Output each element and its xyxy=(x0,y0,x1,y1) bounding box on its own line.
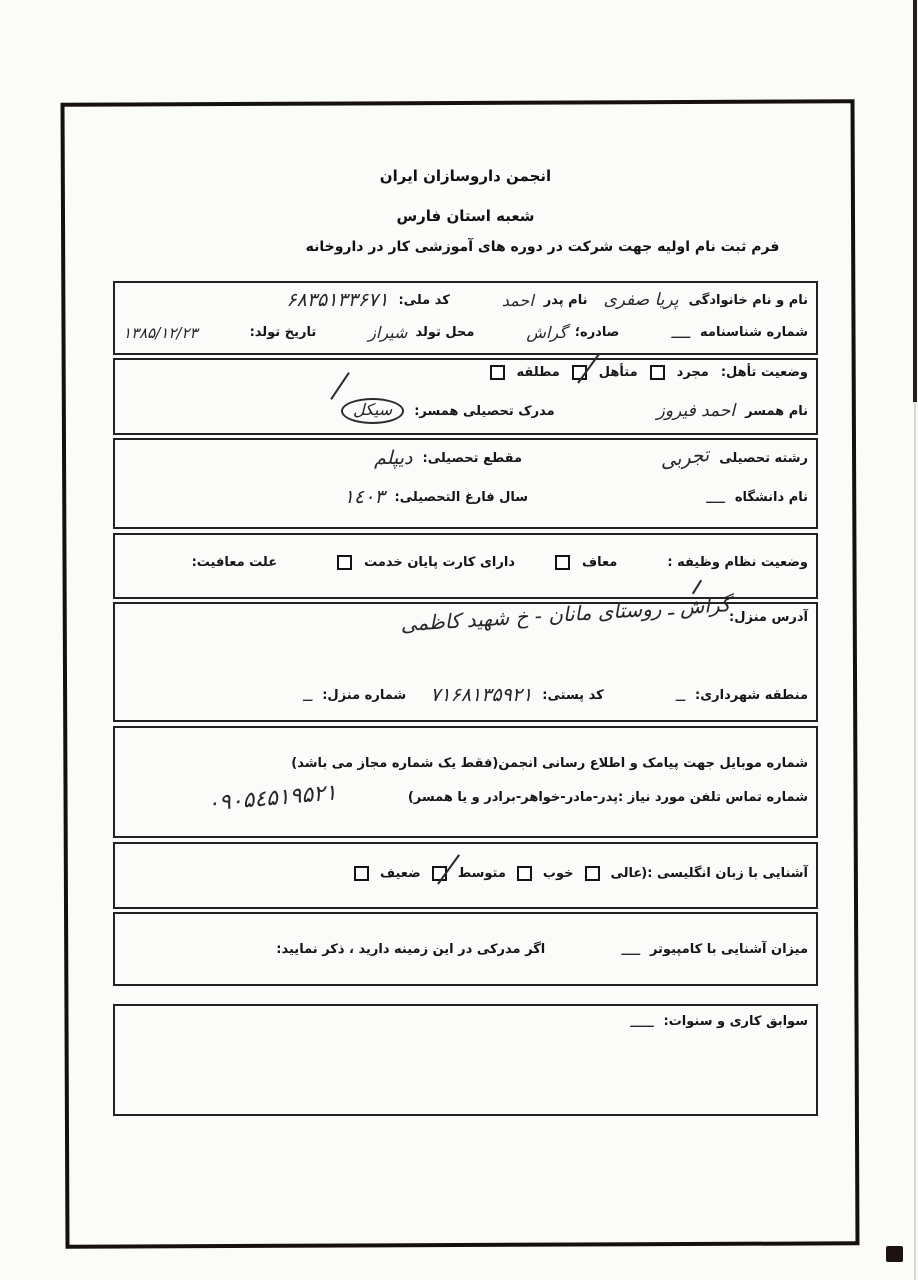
birthdate-handwritten-value: ۱۳۸۵/۱۲/۲۳ xyxy=(123,324,198,342)
checkbox-medium xyxy=(432,866,447,881)
contact-box: شماره موبایل جهت پیامک و اطلاع رسانی انج… xyxy=(113,726,818,838)
scan-corner-mark xyxy=(886,1246,903,1262)
org-title: انجمن داروسازان ایران xyxy=(113,167,818,185)
education-box: رشته تحصیلی تجربی مقطع تحصیلی: دیپلم نام… xyxy=(113,438,818,529)
district-handwritten-dash: ــ xyxy=(676,686,685,705)
home-address-label: آدرس منزل: xyxy=(729,610,808,625)
computer-certificate-label: اگر مدرکی در این زمینه دارید ، ذکر نمایی… xyxy=(276,942,545,957)
exemption-reason-label: علت معافیت: xyxy=(192,555,278,570)
military-option-card-label: دارای کارت پایان خدمت xyxy=(364,555,515,570)
father-name-label: نام پدر xyxy=(544,293,588,308)
certificate-no-handwritten-dash: ــــ xyxy=(671,323,690,342)
military-box: وضعیت نظام وظیفه : معاف دارای کارت پایان… xyxy=(113,533,818,599)
scanned-form-page: انجمن داروسازان ایران شعبه استان فارس فر… xyxy=(0,0,918,1280)
national-id-label: کد ملی: xyxy=(398,293,449,308)
national-id-handwritten-value: ۶۸۳۵۱۳۳۶۷۱ xyxy=(286,289,388,311)
marital-option-single-label: مجرد xyxy=(677,365,709,380)
checkbox-excellent xyxy=(585,866,600,881)
checkbox-service-card xyxy=(337,555,352,570)
father-name-handwritten-value: احمد xyxy=(502,291,534,310)
marital-option-divorced-label: مطلقه xyxy=(517,365,560,380)
scan-edge-artifact-bottom xyxy=(914,402,916,1280)
phone-label: شماره تماس تلفن مورد نیاز :پدر-مادر-خواه… xyxy=(408,790,808,805)
experience-handwritten-dash: ـــــ xyxy=(630,1012,653,1031)
certificate-no-group: شماره شناسنامه ــــ xyxy=(671,323,808,342)
address-box: آدرس منزل: گراش ـ روستای مانان - خ شهید … xyxy=(113,602,818,722)
branch-title: شعبه استان فارس xyxy=(113,207,818,225)
english-box: آشنایی با زبان انگلیسی :( عالی خوب متوسط… xyxy=(113,842,818,909)
graduation-year-label: سال فارغ التحصیلی: xyxy=(395,490,529,505)
district-label: منطقه شهرداری: xyxy=(695,688,808,703)
experience-box: سوابق کاری و سنوات: ـــــ xyxy=(113,1004,818,1116)
form-title: فرم ثبت نام اولیه جهت شرکت در دوره های آ… xyxy=(255,239,830,255)
checkbox-weak xyxy=(354,866,369,881)
birthplace-label: محل تولد xyxy=(415,325,474,340)
english-label: آشنایی با زبان انگلیسی :( xyxy=(641,866,808,881)
computer-skill-label: میزان آشنایی با کامپیوتر xyxy=(650,942,808,957)
english-option-weak-label: ضعیف xyxy=(380,866,421,881)
spouse-name-handwritten-value: احمد فیروز xyxy=(657,401,735,421)
computer-box: میزان آشنایی با کامپیوتر ــــ اگر مدرکی … xyxy=(113,912,818,986)
issued-group: صادره؛ گراش xyxy=(526,323,619,342)
marital-box: وضعیت تأهل: مجرد متأهل مطلقه نام همسر اح… xyxy=(113,358,818,435)
english-option-good-label: خوب xyxy=(543,866,574,881)
checkbox-good xyxy=(517,866,532,881)
level-handwritten-value: دیپلم xyxy=(374,447,412,469)
checkbox-single xyxy=(650,365,665,380)
spouse-degree-handwritten-value: سیکل xyxy=(341,398,404,424)
name-handwritten-value: پریا صفری xyxy=(603,290,678,310)
birthdate-label: تاریخ تولد: xyxy=(250,325,317,340)
graduation-year-handwritten-value: ۱٤۰۳ xyxy=(344,486,385,508)
identity-box: نام و نام خانوادگی پریا صفری نام پدر احم… xyxy=(113,281,818,355)
university-label: نام دانشگاه xyxy=(735,490,808,505)
certificate-no-label: شماره شناسنامه xyxy=(700,325,808,340)
mobile-label: شماره موبایل جهت پیامک و اطلاع رسانی انج… xyxy=(291,756,808,771)
name-label: نام و نام خانوادگی xyxy=(689,293,808,308)
phone-handwritten-value: ۰۹۰۵٤۵۱۹۵۲۱ xyxy=(206,780,338,816)
english-option-excellent-label: عالی xyxy=(611,866,643,881)
checkbox-married xyxy=(572,365,587,380)
birthplace-group: محل تولد شیراز xyxy=(368,323,474,342)
marital-option-married-label: متأهل xyxy=(599,365,638,380)
birthplace-handwritten-value: شیراز xyxy=(368,323,407,342)
issued-label: صادره؛ xyxy=(575,325,619,340)
experience-label: سوابق کاری و سنوات: xyxy=(664,1014,808,1029)
spouse-name-label: نام همسر xyxy=(745,404,808,419)
spouse-degree-label: مدرک تحصیلی همسر: xyxy=(414,404,554,419)
marital-status-label: وضعیت تأهل: xyxy=(721,365,808,380)
military-option-exempt-label: معاف xyxy=(582,555,617,570)
military-status-label: وضعیت نظام وظیفه : xyxy=(667,555,808,570)
computer-skill-handwritten-dash: ــــ xyxy=(621,940,640,959)
house-no-handwritten-dash: ــ xyxy=(303,686,312,705)
university-handwritten-dash: ــــ xyxy=(706,488,725,507)
issued-handwritten-value: گراش xyxy=(526,323,566,342)
checkbox-divorced xyxy=(490,365,505,380)
postal-code-handwritten-value: ۷۱۶۸۱۳۵۹۲۱ xyxy=(430,684,532,706)
postal-code-label: کد پستی: xyxy=(542,688,603,703)
pen-slash-mark xyxy=(692,580,702,595)
level-label: مقطع تحصیلی: xyxy=(423,451,523,466)
major-label: رشته تحصیلی xyxy=(719,451,808,466)
house-no-label: شماره منزل: xyxy=(322,688,406,703)
major-handwritten-value: تجربی xyxy=(659,444,711,473)
scan-edge-artifact-top xyxy=(913,0,917,402)
checkbox-exempt xyxy=(555,555,570,570)
english-option-medium-label: متوسط xyxy=(458,866,506,881)
